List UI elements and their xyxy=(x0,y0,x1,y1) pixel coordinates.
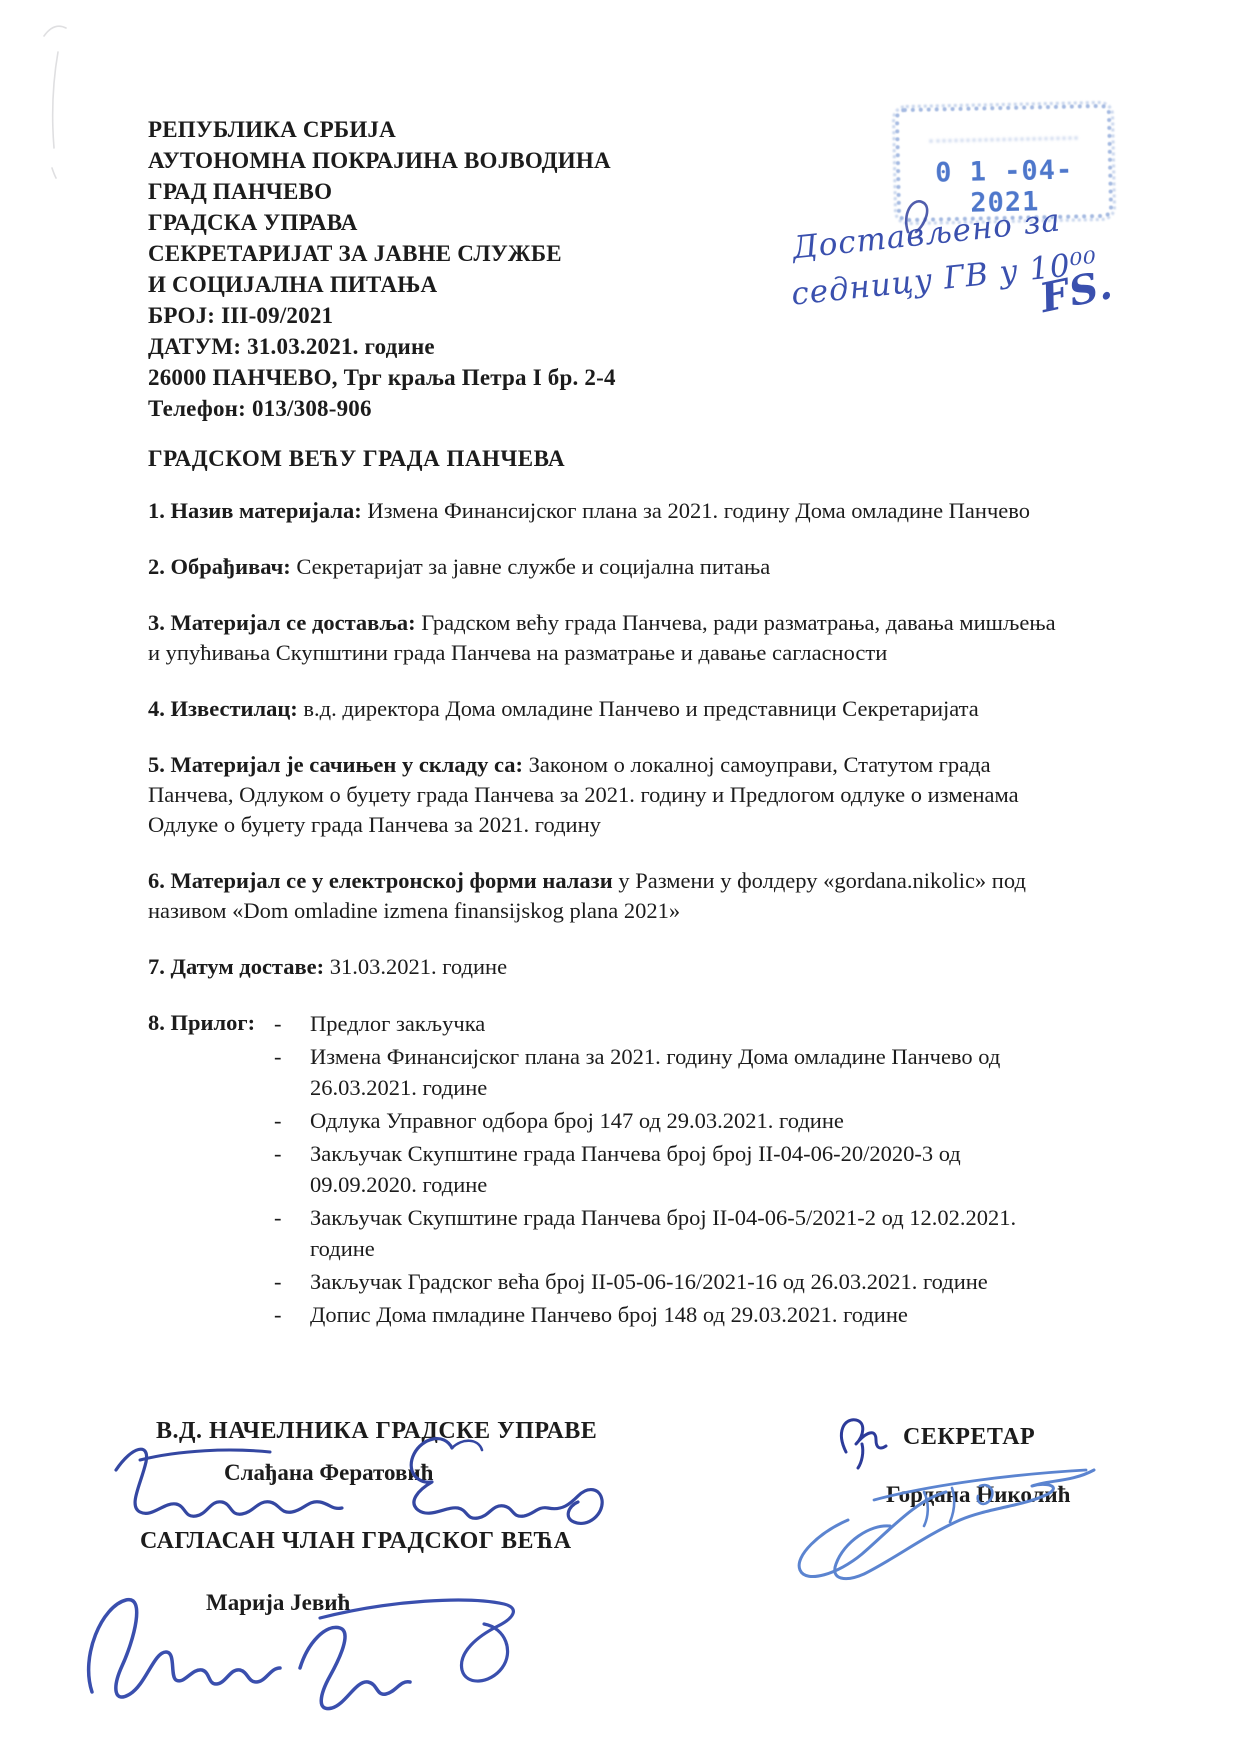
item-7-label: 7. Датум доставе: xyxy=(148,954,330,979)
signature-marija-jevic xyxy=(300,1627,410,1708)
addressee-line: ГРАДСКОМ ВЕЋУ ГРАДА ПАНЧЕВА xyxy=(148,446,565,472)
attachment-item: -Закључак Скупштине града Панчева број б… xyxy=(270,1138,1066,1200)
scan-artifact xyxy=(44,26,66,178)
dash-bullet: - xyxy=(270,1299,310,1330)
letterhead-line: АУТОНОМНА ПОКРАЈИНА ВОЈВОДИНА xyxy=(148,145,616,176)
item-4-label: 4. Известилац: xyxy=(148,696,303,721)
item-2-text: Секретаријат за јавне службе и социјална… xyxy=(296,554,770,579)
item-4: 4. Известилац: в.д. директора Дома омлад… xyxy=(148,694,1066,724)
letterhead-line: Телефон: 013/308-906 xyxy=(148,393,616,424)
item-6: 6. Материјал се у електронској форми нал… xyxy=(148,866,1066,926)
letterhead-line: БРОЈ: III-09/2021 xyxy=(148,300,616,331)
item-8: 8. Прилог: -Предлог закључка -Измена Фин… xyxy=(148,1008,1066,1332)
attachment-item: -Измена Финансијског плана за 2021. годи… xyxy=(270,1041,1066,1103)
attachments-list: -Предлог закључка -Измена Финансијског п… xyxy=(270,1008,1066,1332)
document-page: РЕПУБЛИКА СРБИЈА АУТОНОМНА ПОКРАЈИНА ВОЈ… xyxy=(0,0,1240,1752)
dash-bullet: - xyxy=(270,1041,310,1103)
item-2: 2. Обрађивач: Секретаријат за јавне служ… xyxy=(148,552,1066,582)
dash-bullet: - xyxy=(270,1202,310,1264)
right-signatory-title: СЕКРЕТАР xyxy=(903,1424,1035,1451)
left-signatory-name2: Марија Јевић xyxy=(206,1590,350,1616)
item-2-label: 2. Обрађивач: xyxy=(148,554,296,579)
letterhead: РЕПУБЛИКА СРБИЈА АУТОНОМНА ПОКРАЈИНА ВОЈ… xyxy=(148,114,616,424)
left-signatory-title: В.Д. НАЧЕЛНИКА ГРАДСКЕ УПРАВЕ xyxy=(156,1418,597,1445)
gn-paraph-mark xyxy=(841,1420,886,1468)
letterhead-line: ГРАД ПАНЧЕВО xyxy=(148,176,616,207)
attachment-item: -Закључак Градског већа број II-05-06-16… xyxy=(270,1266,1066,1297)
dash-bullet: - xyxy=(270,1008,310,1039)
item-1-text: Измена Финансијског плана за 2021. годин… xyxy=(367,498,1030,523)
item-7-text: 31.03.2021. године xyxy=(330,954,507,979)
right-signatory-name: Гордана Николић xyxy=(886,1482,1070,1508)
item-5: 5. Материјал је сачињен у складу са: Зак… xyxy=(148,750,1066,840)
left-signatory-subtitle: САГЛАСАН ЧЛАН ГРАДСКОГ ВЕЋА xyxy=(140,1528,572,1555)
document-body: 1. Назив материјала: Измена Финансијског… xyxy=(148,470,1066,1332)
item-7: 7. Датум доставе: 31.03.2021. године xyxy=(148,952,1066,982)
signature-sladjana-feratovic xyxy=(140,1450,270,1460)
item-1: 1. Назив материјала: Измена Финансијског… xyxy=(148,496,1066,526)
item-3-label: 3. Материјал се доставља: xyxy=(148,610,421,635)
item-3: 3. Материјал се доставља: Градском већу … xyxy=(148,608,1066,668)
dash-bullet: - xyxy=(270,1266,310,1297)
signature-sladjana-feratovic xyxy=(411,1439,602,1524)
attachment-item: -Закључак Скупштине града Панчева број I… xyxy=(270,1202,1066,1264)
attachment-item: -Предлог закључка xyxy=(270,1008,1066,1039)
item-6-label: 6. Материјал се у електронској форми нал… xyxy=(148,868,618,893)
attachment-item: -Одлука Управног одбора број 147 од 29.0… xyxy=(270,1105,1066,1136)
dash-bullet: - xyxy=(270,1105,310,1136)
letterhead-line: СЕКРЕТАРИЈАТ ЗА ЈАВНЕ СЛУЖБЕ xyxy=(148,238,616,269)
left-signatory-name: Слађана Фератовић xyxy=(224,1460,433,1486)
attachment-item: -Допис Дома пмладине Панчево број 148 од… xyxy=(270,1299,1066,1330)
item-5-label: 5. Материјал је сачињен у складу са: xyxy=(148,752,529,777)
letterhead-line: ГРАДСКА УПРАВА xyxy=(148,207,616,238)
item-8-label: 8. Прилог: xyxy=(148,1008,270,1332)
dash-bullet: - xyxy=(270,1138,310,1200)
item-4-text: в.д. директора Дома омладине Панчево и п… xyxy=(303,696,978,721)
letterhead-line: РЕПУБЛИКА СРБИЈА xyxy=(148,114,616,145)
letterhead-line: 26000 ПАНЧЕВО, Трг краља Петра I бр. 2-4 xyxy=(148,362,616,393)
letterhead-line: ДАТУМ: 31.03.2021. године xyxy=(148,331,616,362)
item-1-label: 1. Назив материјала: xyxy=(148,498,367,523)
letterhead-line: И СОЦИЈАЛНА ПИТАЊА xyxy=(148,269,616,300)
